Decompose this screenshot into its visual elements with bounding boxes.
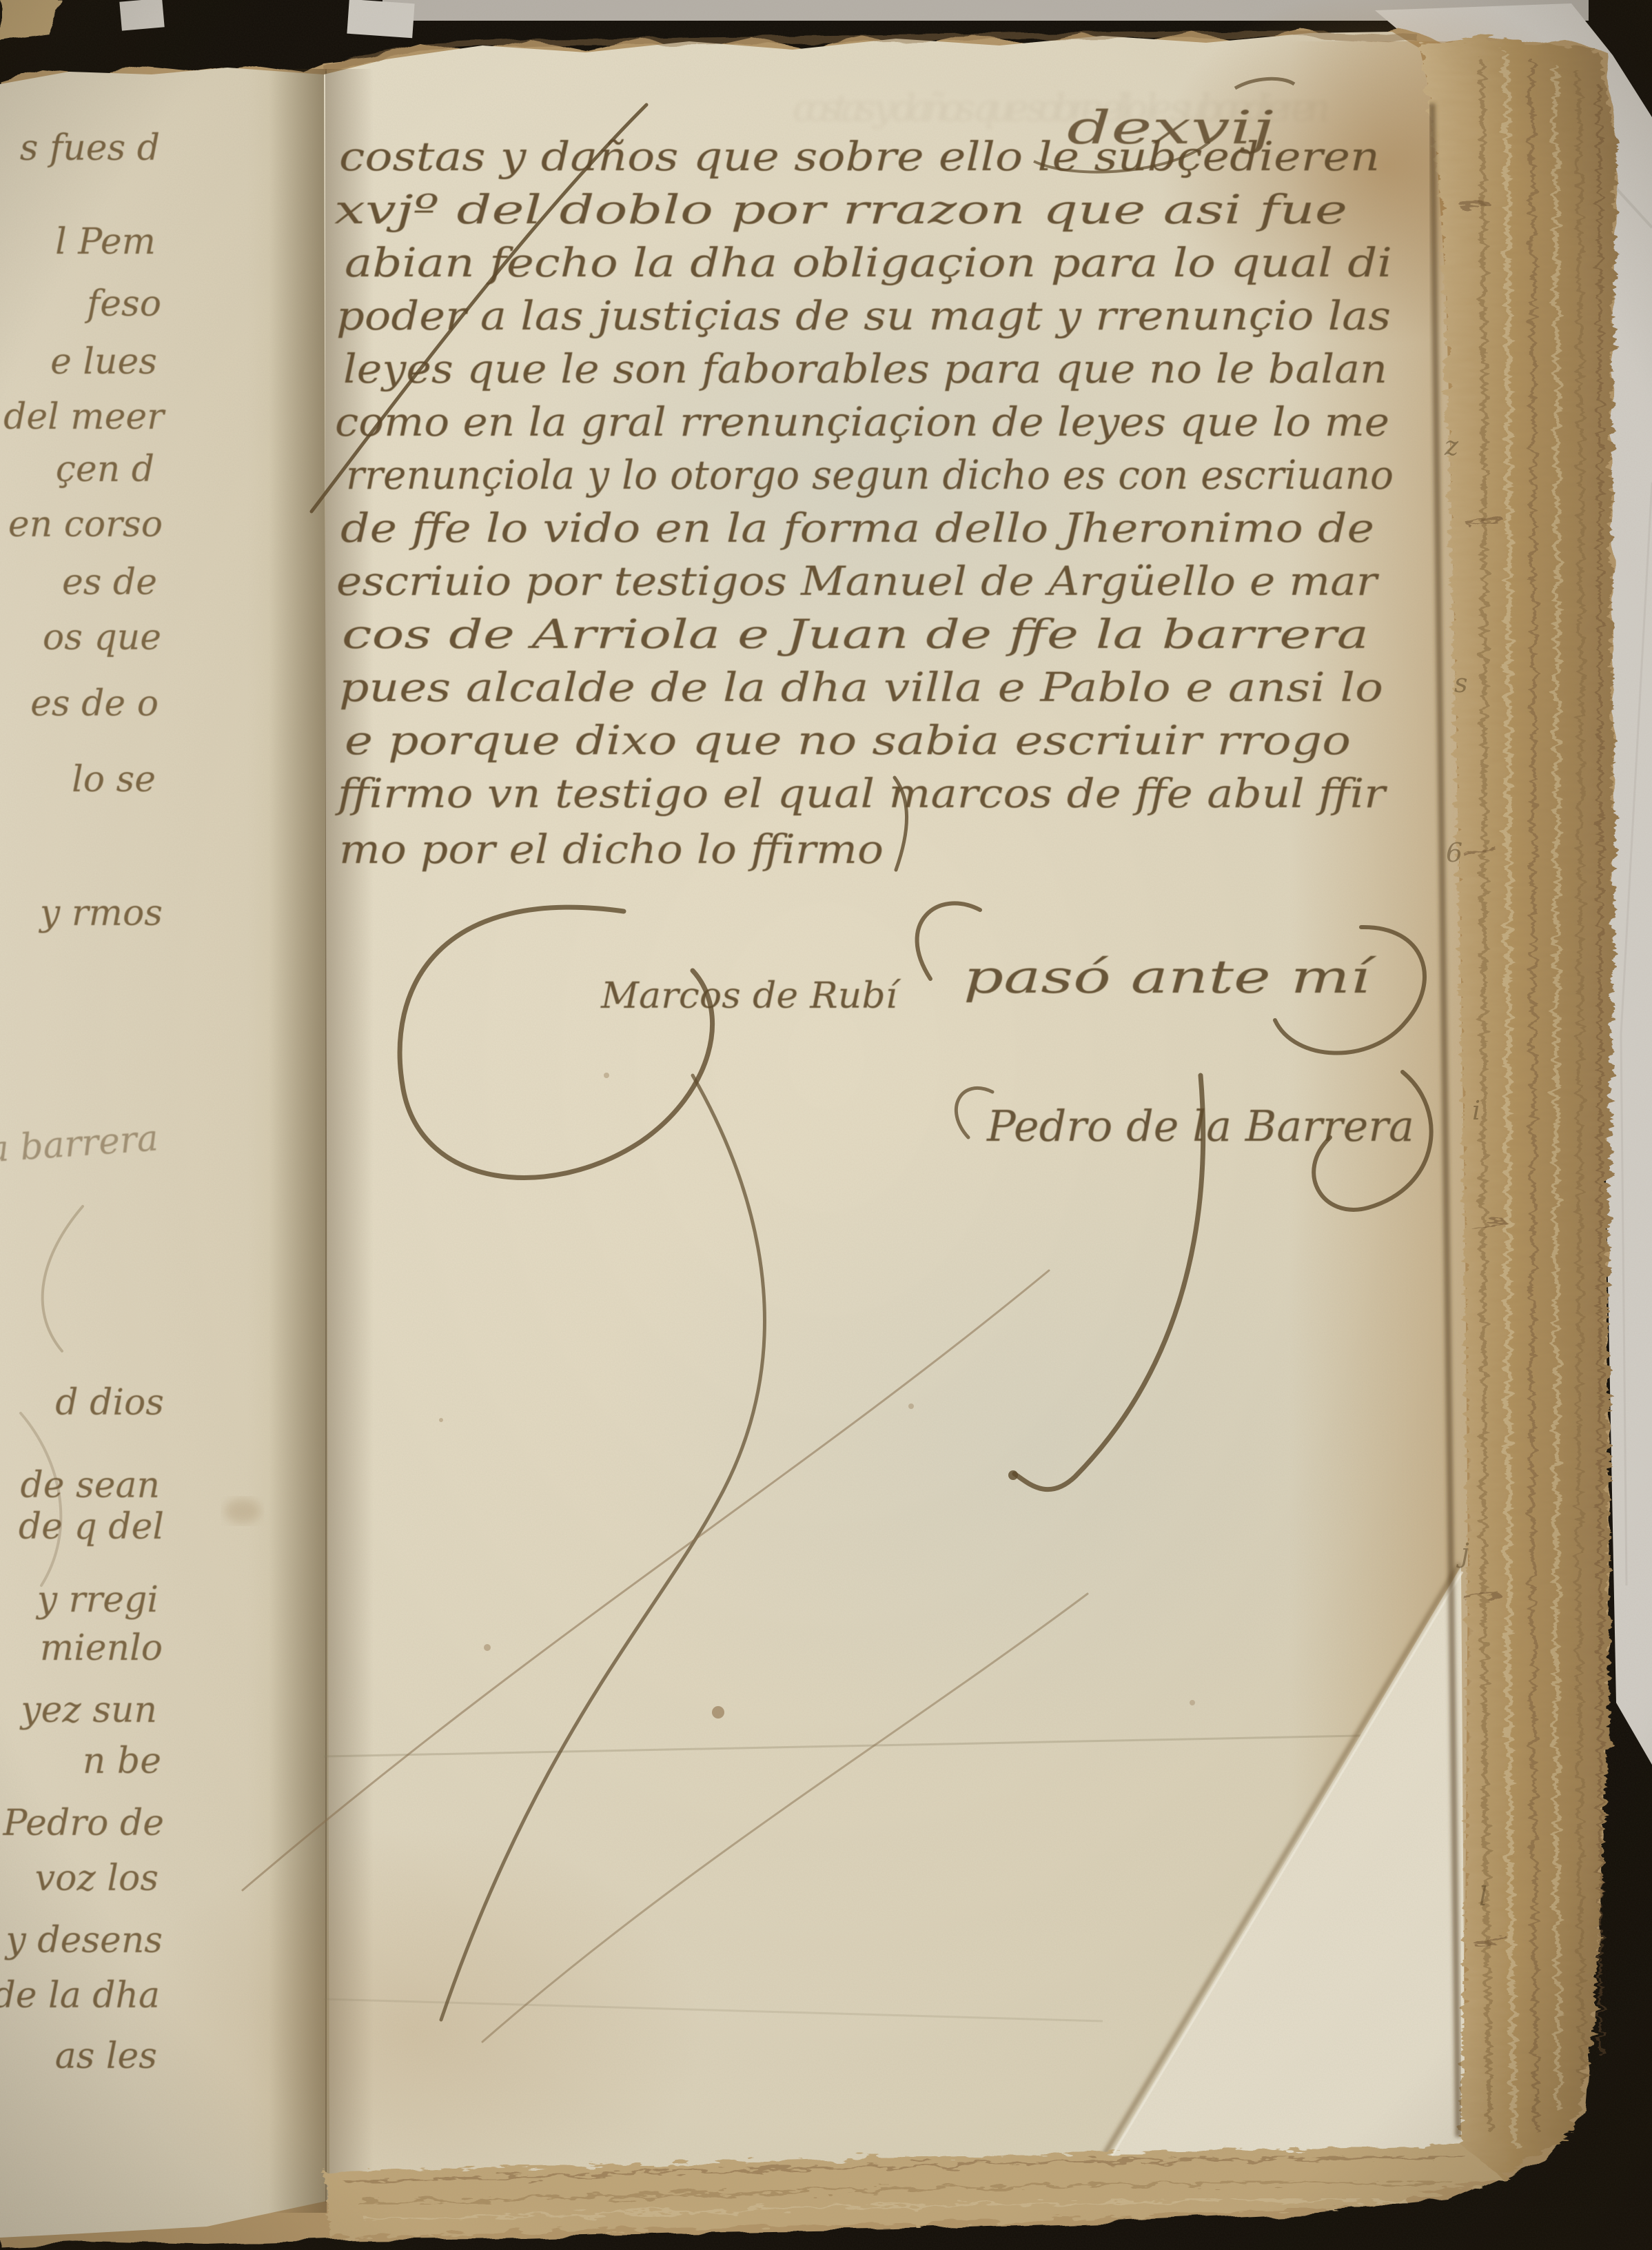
manuscript-scene: s fues d l Pem feso e lues del meer çen … — [0, 0, 1652, 2250]
manuscript-photo: s fues d l Pem feso e lues del meer çen … — [0, 0, 1652, 2250]
photo-vignette — [0, 0, 1652, 2250]
